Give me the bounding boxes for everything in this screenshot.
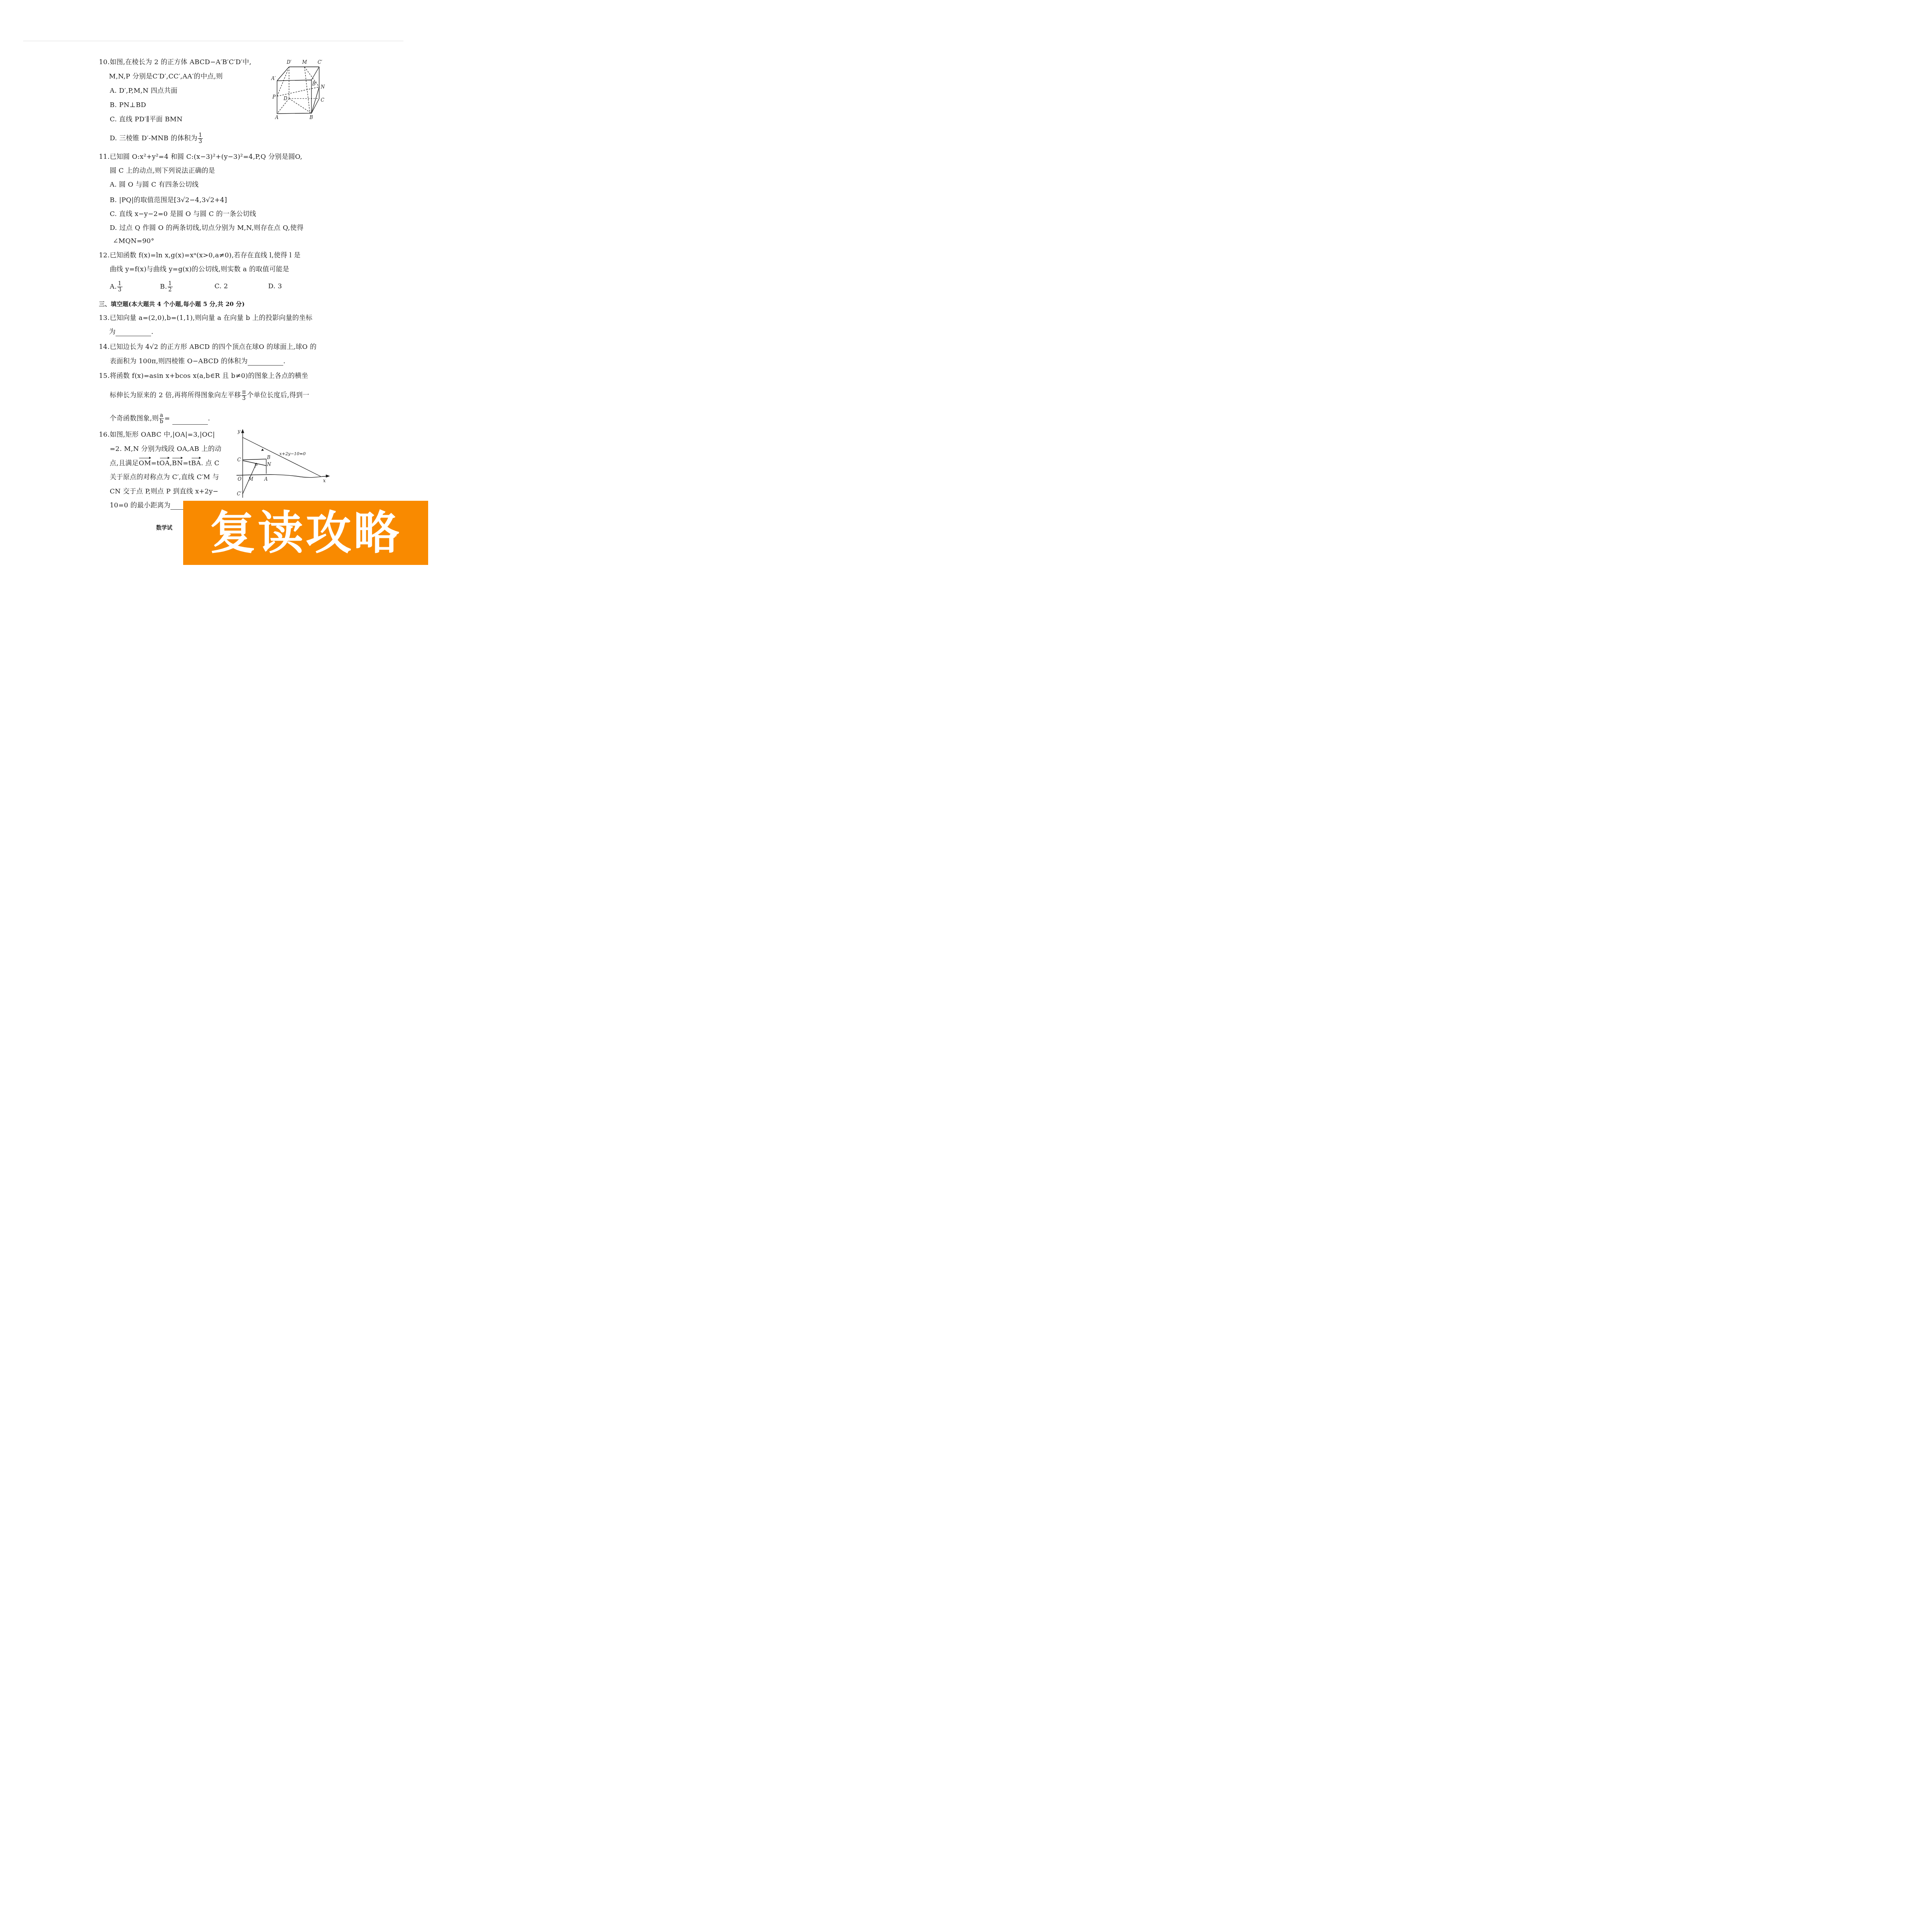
q11-option-d-line1: D. 过点 Q 作圆 O 的两条切线,切点分别为 M,N,则存在点 Q,使得 [110, 224, 303, 232]
q15-stem-line1: 15.将函数 f(x)=asin x+bcos x(a,b∈R 且 b≠0)的图… [99, 372, 308, 380]
label-C-prime: C′ [318, 60, 322, 65]
q16-stem-line4: 关于原点的对称点为 C′,直线 C′M 与 [110, 473, 219, 481]
label-N: N [320, 84, 325, 90]
q14-stem-line1: 14.已知边长为 4√2 的正方形 ABCD 的四个顶点在球O 的球面上,球O … [99, 343, 316, 351]
answer-blank[interactable] [116, 330, 151, 336]
q10-number: 10. [99, 58, 110, 66]
q10-option-c: C. 直线 PD′∥平面 BMN [110, 115, 182, 124]
q12-option-b: B.12 [160, 281, 173, 293]
q16-stem-line6: 10=0 的最小距离为 [110, 501, 186, 510]
q11-option-d-line2: ∠MQN=90° [113, 237, 154, 245]
cube-figure: D′ M C′ A′ B′ N P D C A B [270, 56, 334, 120]
q16-stem-line5: CN 交于点 P,则点 P 到直线 x+2y− [110, 487, 218, 496]
answer-blank[interactable] [172, 418, 208, 425]
q14-stem-line2: 表面积为 100π,则四棱锥 O−ABCD 的体积为. [110, 357, 286, 366]
label-D: D [283, 96, 287, 101]
q12-option-d: D. 3 [268, 282, 282, 291]
q10-option-d: D. 三棱锥 D′-MNB 的体积为13 [110, 133, 203, 145]
label-M: M [302, 60, 307, 65]
q12-option-c: C. 2 [214, 282, 228, 291]
label-y: y [237, 429, 240, 434]
q10-stem-line2: M,N,P 分别是C′D′,CC′,AA′的中点,则 [109, 72, 223, 81]
answer-blank[interactable] [248, 359, 283, 366]
q12-stem-line1: 12.已知函数 f(x)=ln x,g(x)=xᵃ(x>0,a≠0),若存在直线… [99, 251, 301, 260]
label-M: M [248, 476, 253, 482]
label-C: C [321, 97, 324, 103]
q11-option-b: B. |PQ|的取值范围是[3√2−4,3√2+4] [110, 196, 227, 204]
line-equation-label: x+2y−10=0 [279, 451, 306, 456]
label-A-prime: A′ [271, 76, 276, 81]
fraction: 13 [198, 133, 203, 145]
label-x: x [323, 478, 326, 483]
label-P: P [254, 463, 258, 469]
label-P: P [272, 94, 276, 100]
q11-option-c: C. 直线 x−y−2=0 是圆 O 与圆 C 的一条公切线 [110, 210, 256, 218]
watermark-banner: 复读攻略 [183, 501, 428, 565]
q10-stem-line1: 10.如图,在棱长为 2 的正方体 ABCD−A′B′C′D′中, [99, 58, 252, 66]
label-D-prime: D′ [286, 60, 292, 65]
page-footer: 数学试 [156, 524, 172, 531]
q12-stem-line2: 曲线 y=f(x)与曲线 y=g(x)的公切线,则实数 a 的取值可能是 [110, 265, 289, 274]
header-divider [23, 41, 403, 41]
q15-stem-line2: 标伸长为原来的 2 倍,再将所得图象向左平移π3个单位长度后,得到一 [110, 389, 310, 401]
q11-option-a: A. 圆 O 与圆 C 有四条公切线 [110, 180, 199, 189]
q16-stem-line2: =2. M,N 分别为线段 OA,AB 上的动 [110, 445, 221, 453]
q15-stem-line3: 个奇函数图象,则ab=. [110, 413, 210, 425]
coordinate-figure: y x x+2y−10=0 C B N P O M A C′ [235, 429, 332, 500]
label-A: A [264, 476, 268, 482]
q16-stem-line3: 点,且满足OM=tOA,BN=tBA. 点 C [110, 459, 219, 468]
label-B: B [309, 115, 313, 120]
label-C: C [237, 457, 241, 463]
label-C-prime: C′ [237, 491, 242, 497]
watermark-text: 复读攻略 [210, 510, 401, 556]
label-B-prime: B′ [312, 81, 317, 87]
q16-stem-line1: 16.如图,矩形 OABC 中,|OA|=3,|OC| [99, 430, 215, 439]
label-B: B [267, 455, 270, 460]
q12-option-a: A.13 [110, 281, 123, 293]
label-A: A [275, 115, 279, 120]
q11-stem-line2: 圆 C 上的动点,则下列说法正确的是 [110, 167, 215, 175]
q10-option-b: B. PN⊥BD [110, 101, 146, 109]
section-title-fill-in: 三、填空题(本大题共 4 个小题,每小题 5 分,共 20 分) [99, 300, 245, 308]
q13-stem-line1: 13.已知向量 a=(2,0),b=(1,1),则向量 a 在向量 b 上的投影… [99, 314, 313, 322]
q11-stem-line1: 11.已知圆 O:x²+y²=4 和圆 C:(x−3)²+(y−3)²=4,P,… [99, 153, 302, 161]
q13-stem-line2: 为. [109, 328, 153, 336]
q10-option-a: A. D′,P,M,N 四点共面 [110, 87, 177, 95]
label-N: N [267, 462, 271, 467]
label-O: O [238, 476, 242, 482]
